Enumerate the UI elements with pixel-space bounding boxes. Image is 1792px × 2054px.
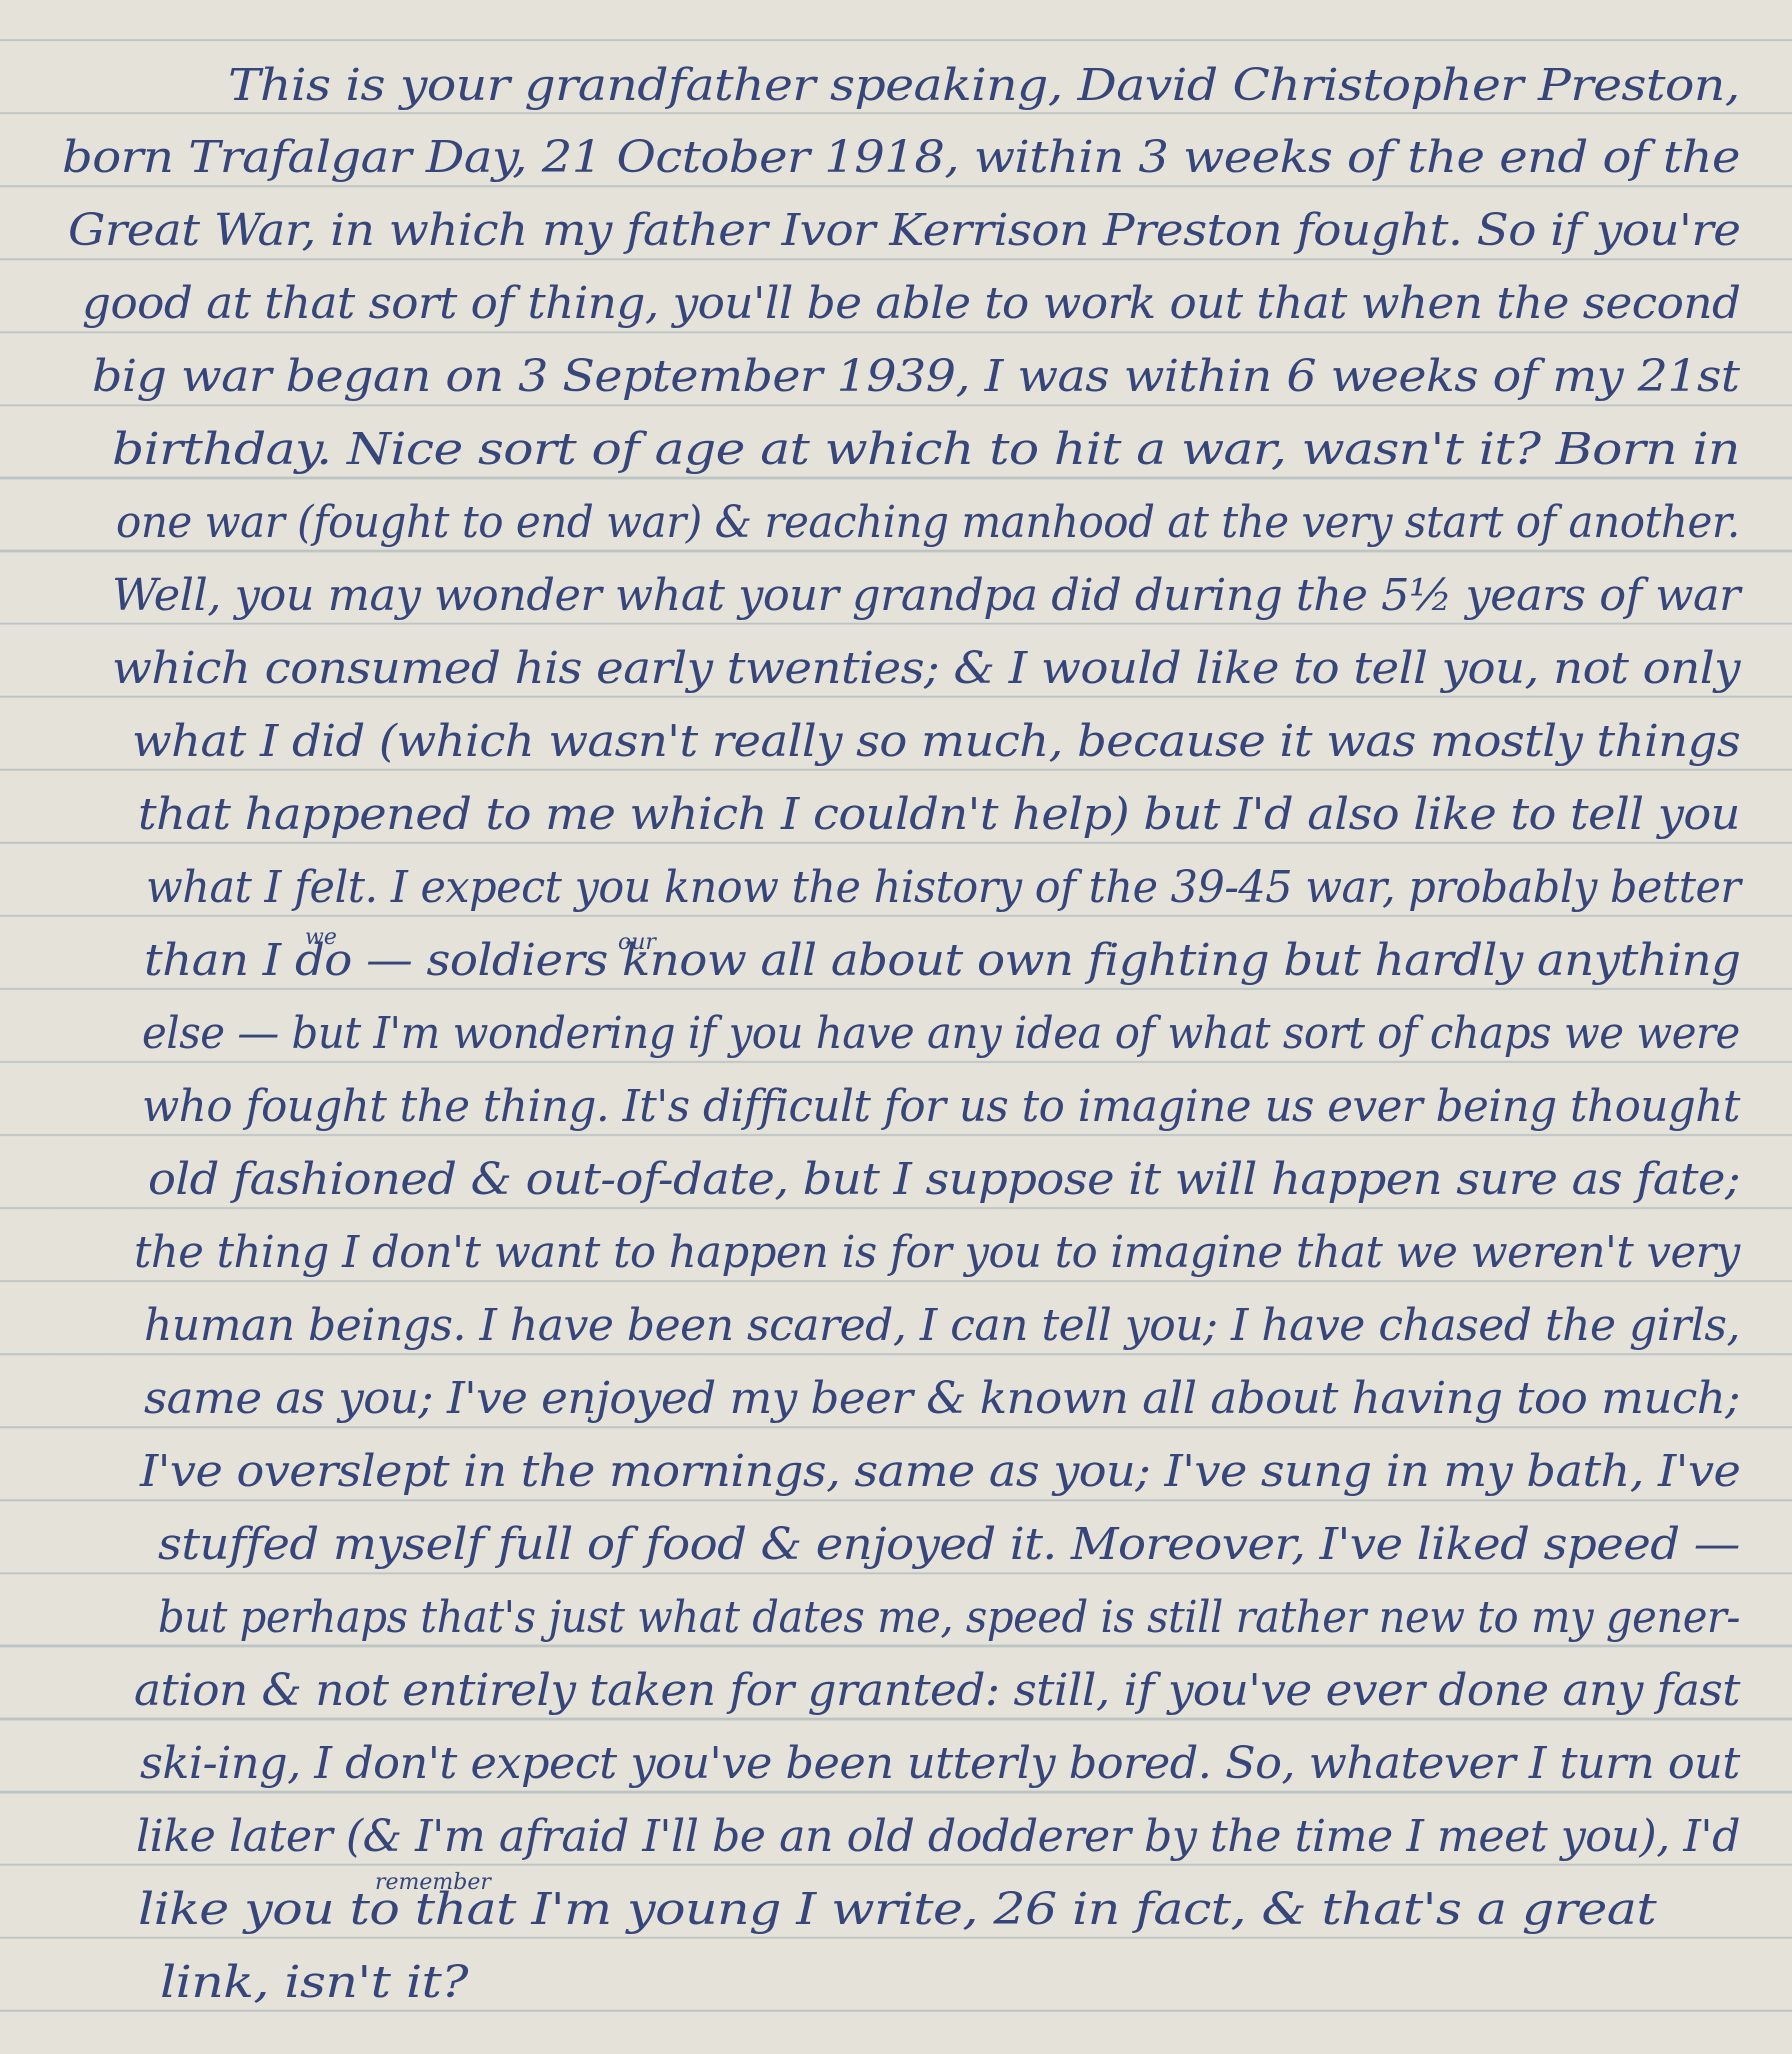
letter-line: link, isn't it? xyxy=(160,1957,468,2008)
letter-line: who fought the thing. It's difficult for… xyxy=(142,1081,1740,1132)
letter-line: born Trafalgar Day, 21 October 1918, wit… xyxy=(62,132,1740,183)
letter-line: ation & not entirely taken for granted: … xyxy=(134,1665,1740,1716)
notebook-page: This is your grandfather speaking, David… xyxy=(0,0,1792,2054)
letter-line: what I felt. I expect you know the histo… xyxy=(146,862,1740,913)
letter-line: what I did (which wasn't really so much,… xyxy=(132,716,1740,767)
letter-line: the thing I don't want to happen is for … xyxy=(134,1227,1740,1278)
letter-line: than I do — soldiers know all about own … xyxy=(144,935,1740,986)
letter-line: same as you; I've enjoyed my beer & know… xyxy=(144,1373,1740,1424)
letter-line: big war began on 3 September 1939, I was… xyxy=(92,351,1739,402)
letter-line: I've overslept in the mornings, same as … xyxy=(140,1446,1740,1497)
letter-line: Well, you may wonder what your grandpa d… xyxy=(112,570,1740,621)
letter-line: but perhaps that's just what dates me, s… xyxy=(158,1592,1740,1643)
letter-line: good at that sort of thing, you'll be ab… xyxy=(82,278,1740,329)
letter-line: stuffed myself full of food & enjoyed it… xyxy=(158,1519,1740,1570)
letter-line: like you to that I'm young I write, 26 i… xyxy=(138,1884,1656,1935)
letter-line: like later (& I'm afraid I'll be an old … xyxy=(136,1811,1740,1862)
letter-line: old fashioned & out-of-date, but I suppo… xyxy=(148,1154,1740,1205)
letter-line: birthday. Nice sort of age at which to h… xyxy=(112,424,1740,475)
letter-line: ski-ing, I don't expect you've been utte… xyxy=(140,1738,1740,1789)
letter-line: human beings. I have been scared, I can … xyxy=(144,1300,1740,1351)
letter-line: that happened to me which I couldn't hel… xyxy=(138,789,1740,840)
letter-line: else — but I'm wondering if you have any… xyxy=(142,1008,1740,1059)
letter-line: which consumed his early twenties; & I w… xyxy=(112,643,1740,694)
letter-line: Great War, in which my father Ivor Kerri… xyxy=(68,205,1740,256)
letter-line: one war (fought to end war) & reaching m… xyxy=(116,497,1740,548)
letter-line: This is your grandfather speaking, David… xyxy=(228,60,1740,111)
